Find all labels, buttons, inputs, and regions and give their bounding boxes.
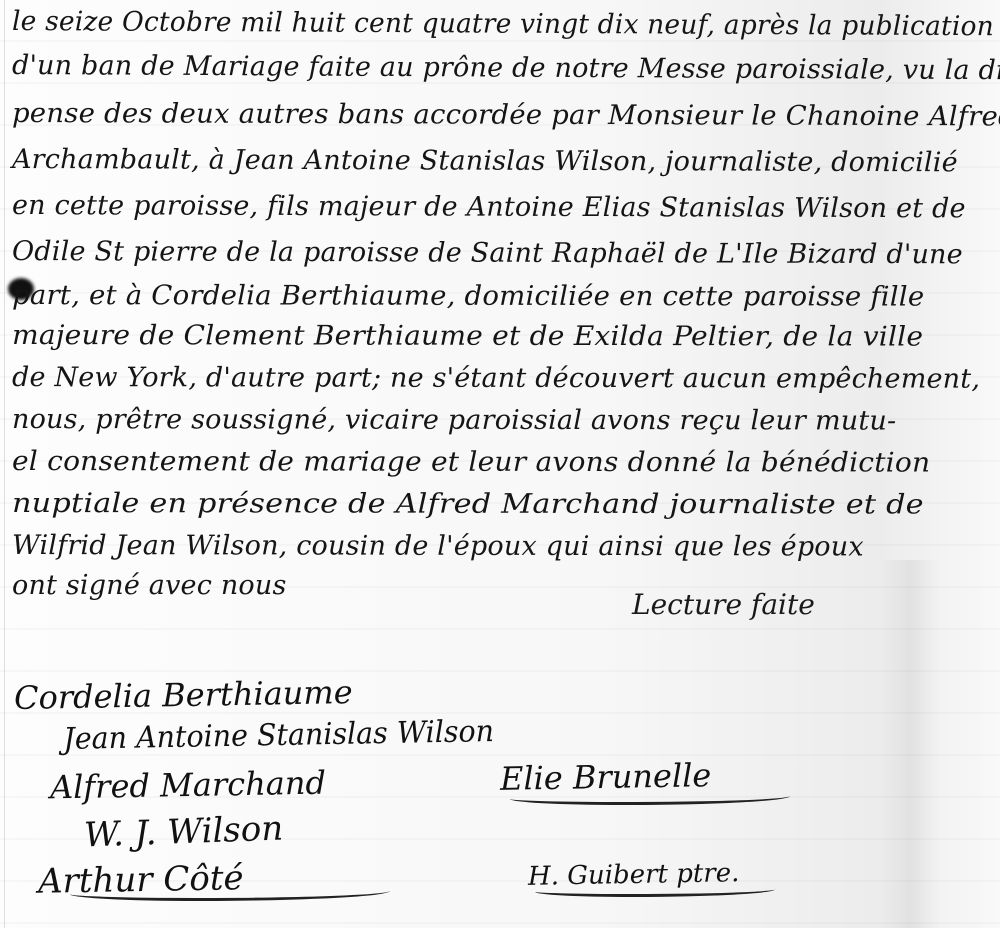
entry-line-14: ont signé avec nous	[12, 570, 287, 601]
entry-line-7: part, et à Cordelia Berthiaume, domicili…	[12, 280, 924, 313]
signature-bride: Cordelia Berthiaume	[14, 673, 353, 717]
signature-witness-wilson: W. J. Wilson	[83, 809, 283, 856]
signature-witness-marchand: Alfred Marchand	[50, 764, 327, 807]
entry-line-4: Archambault, à Jean Antoine Stanislas Wi…	[12, 144, 958, 178]
register-page: le seize Octobre mil huit cent quatre vi…	[0, 0, 1000, 928]
signature-flourish-cote	[70, 884, 390, 901]
entry-line-3: pense des deux autres bans accordée par …	[12, 98, 1000, 132]
entry-line-11: el consentement de mariage et leur avons…	[12, 446, 930, 479]
entry-line-6: Odile St pierre de la paroisse de Saint …	[12, 236, 963, 270]
signature-groom: Jean Antoine Stanislas Wilson	[63, 714, 494, 757]
entry-line-1: le seize Octobre mil huit cent quatre vi…	[12, 6, 994, 42]
entry-line-12: nuptiale en présence de Alfred Marchand …	[12, 488, 924, 520]
page-fold-shadow	[880, 560, 940, 928]
entry-line-2: d'un ban de Mariage faite au prône de no…	[12, 50, 1000, 86]
signature-flourish-priest	[535, 884, 775, 897]
entry-line-8: majeure de Clement Berthiaume et de Exil…	[12, 320, 923, 353]
entry-line-10: nous, prêtre soussigné, vicaire paroissi…	[12, 404, 896, 437]
entry-line-9: de New York, d'autre part; ne s'étant dé…	[12, 362, 980, 395]
entry-line-5: en cette paroisse, fils majeur de Antoin…	[12, 190, 966, 224]
closing-note: Lecture faite	[632, 588, 815, 621]
page-margin-line	[4, 0, 5, 928]
signature-flourish	[510, 790, 790, 805]
entry-line-13: Wilfrid Jean Wilson, cousin de l'époux q…	[12, 530, 864, 562]
